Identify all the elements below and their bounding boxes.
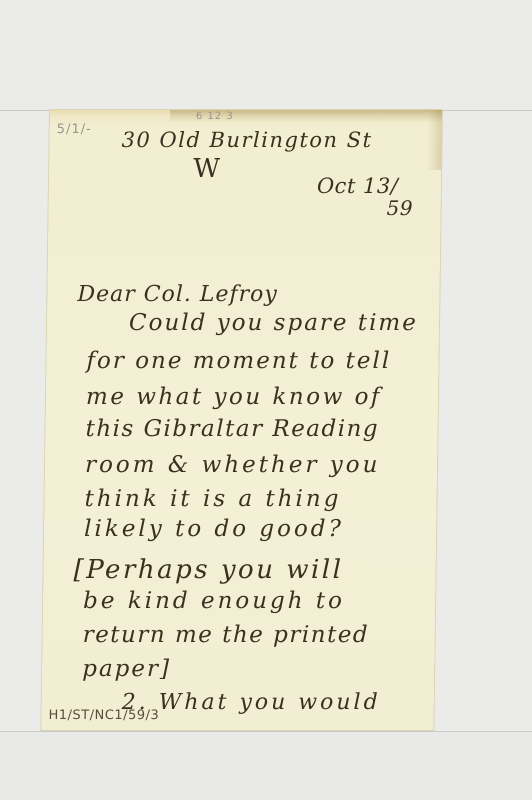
body-line-1: Could you spare time [129, 310, 418, 336]
pencil-stamp-number: 6 12 3 [196, 111, 234, 122]
mount-bottom-edge [0, 731, 532, 732]
archive-reference: H1/ST/NC1/59/3 [48, 708, 159, 723]
address-district: W [193, 154, 221, 184]
body-line-8: [Perhaps you will [73, 555, 343, 585]
body-line-2: for one moment to tell [86, 348, 391, 374]
date-month-day: Oct 13/ [317, 174, 399, 198]
body-line-5: room & whether you [85, 452, 381, 478]
letter-page: 5/1/- 6 12 3 30 Old Burlington St W Oct … [41, 110, 442, 730]
body-line-7: likely to do good? [84, 516, 344, 542]
address-street: 30 Old Burlington St [121, 128, 372, 152]
pencil-price-mark: 5/1/- [57, 122, 92, 137]
body-line-9: be kind enough to [83, 588, 345, 614]
body-line-4: this Gibraltar Reading [85, 416, 379, 442]
mount-lower-area [0, 732, 532, 800]
body-line-12: 2. What you would [122, 690, 381, 715]
body-line-3: me what you know of [86, 384, 382, 410]
date-year: 59 [386, 196, 413, 220]
body-line-6: think it is a thing [84, 486, 341, 512]
body-line-11: paper] [82, 656, 171, 682]
salutation: Dear Col. Lefroy [77, 282, 278, 307]
body-line-10: return me the printed [82, 622, 369, 648]
